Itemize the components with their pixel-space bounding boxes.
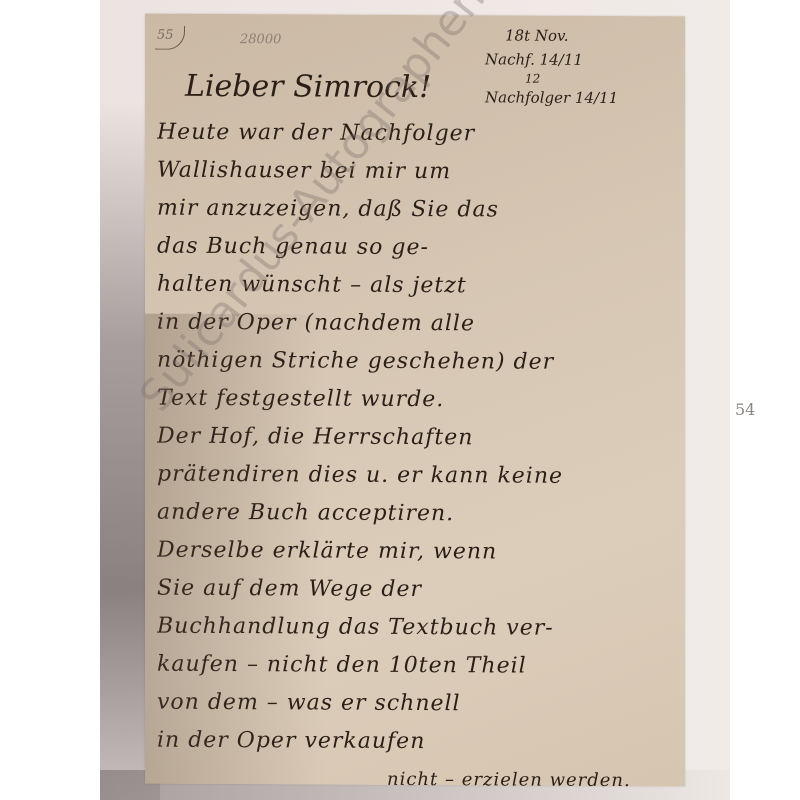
letter-line: Buchhandlung das Textbuch ver- (157, 608, 677, 649)
letter-line: von dem – was er schnell (157, 684, 677, 725)
letter-line: Heute war der Nachfolger (157, 114, 677, 155)
letter-line: mir anzuzeigen, daß Sie das (157, 190, 677, 231)
catalog-number: 28000 (240, 32, 281, 47)
letter-line: in der Oper (nachdem alle (157, 304, 677, 345)
letter-line: Text festgestellt wurde. (157, 380, 677, 421)
date-note-line: Nachfolger 14/11 (485, 85, 655, 110)
date-note-line: Nachf. 14/11 (485, 47, 655, 72)
letter-line: Der Hof, die Herrschaften (157, 418, 677, 459)
letter-line: Derselbe erklärte mir, wenn (157, 532, 677, 573)
date-note-line: 12 (485, 71, 655, 86)
page-number: 54 (735, 400, 755, 419)
letter-line: nicht – erzielen werden. (157, 760, 677, 800)
date-note-line: 18t Nov. (485, 23, 655, 48)
letter-line: prätendiren dies u. er kann keine (157, 456, 677, 497)
date-annotation: 18t Nov. Nachf. 14/11 12 Nachfolger 14/1… (485, 23, 655, 110)
letter-line: in der Oper verkaufen (157, 722, 677, 763)
letter-line: andere Buch acceptiren. (157, 494, 677, 535)
letter-line: Wallishauser bei mir um (157, 152, 677, 193)
letter-line: das Buch genau so ge- (157, 228, 677, 269)
letter-sheet: 55 28000 18t Nov. Nachf. 14/11 12 Nachfo… (145, 14, 685, 787)
letter-line: Sie auf dem Wege der (157, 570, 677, 611)
letter-line: halten wünscht – als jetzt (157, 266, 677, 307)
letter-line: nöthigen Striche geschehen) der (157, 342, 677, 383)
letter-body: Heute war der Nachfolger Wallishauser be… (157, 114, 677, 800)
letter-greeting: Lieber Simrock! (185, 69, 431, 105)
archive-number: 55 (155, 26, 185, 50)
letter-line: kaufen – nicht den 10ten Theil (157, 646, 677, 687)
